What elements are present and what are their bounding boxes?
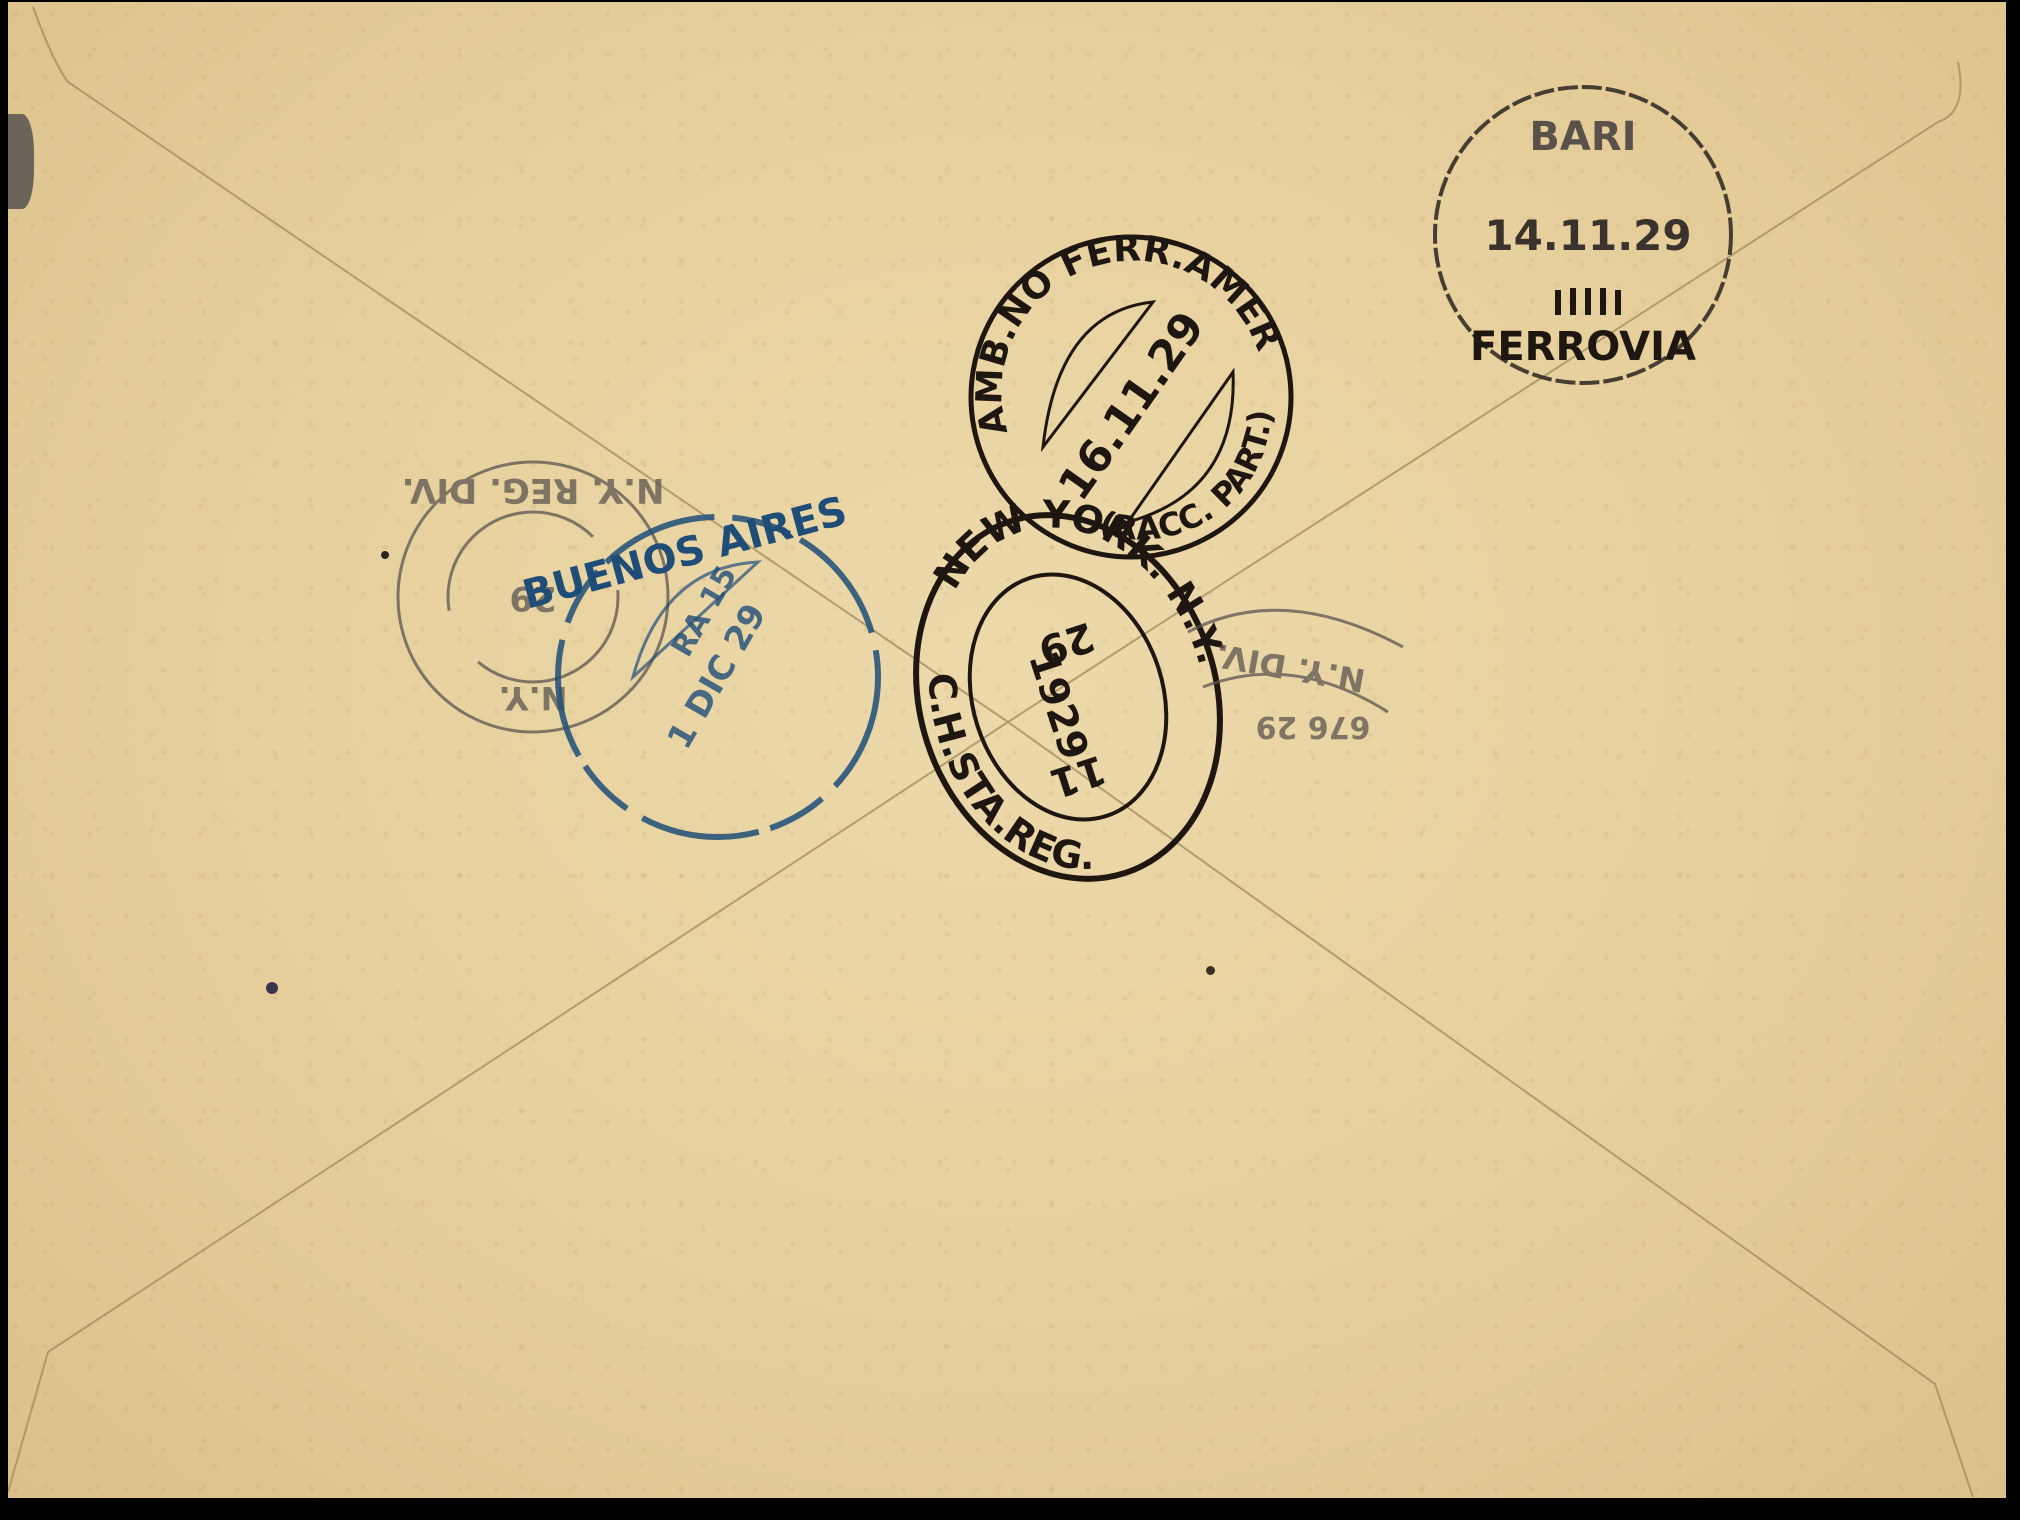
postmark-ny-reg-div-right: N.Y. DIV. 676 29 bbox=[1163, 592, 1423, 836]
svg-text:BUENOS AIRES: BUENOS AIRES bbox=[518, 488, 852, 619]
postmark-buenos-aires: BUENOS AIRES 1 DIC 29 RA 15 bbox=[553, 497, 893, 861]
ink-spot bbox=[1206, 966, 1215, 975]
svg-text:FERROVIA: FERROVIA bbox=[1470, 324, 1696, 370]
svg-text:1929: 1929 bbox=[1019, 645, 1097, 765]
svg-text:14.11.29: 14.11.29 bbox=[1484, 211, 1691, 260]
svg-text:N.Y. DIV.: N.Y. DIV. bbox=[1212, 636, 1368, 700]
ink-spot bbox=[266, 982, 278, 994]
ink-spot bbox=[381, 551, 389, 559]
postmark-bari-ferrovia: BARI 14.11.29 FERROVIA bbox=[1418, 90, 1758, 394]
svg-text:676 29: 676 29 bbox=[1256, 709, 1371, 744]
svg-text:BARI: BARI bbox=[1529, 114, 1636, 160]
envelope-back: BARI 14.11.29 FERROVIA AMB.NO FERR.AMERI… bbox=[8, 2, 2006, 1498]
